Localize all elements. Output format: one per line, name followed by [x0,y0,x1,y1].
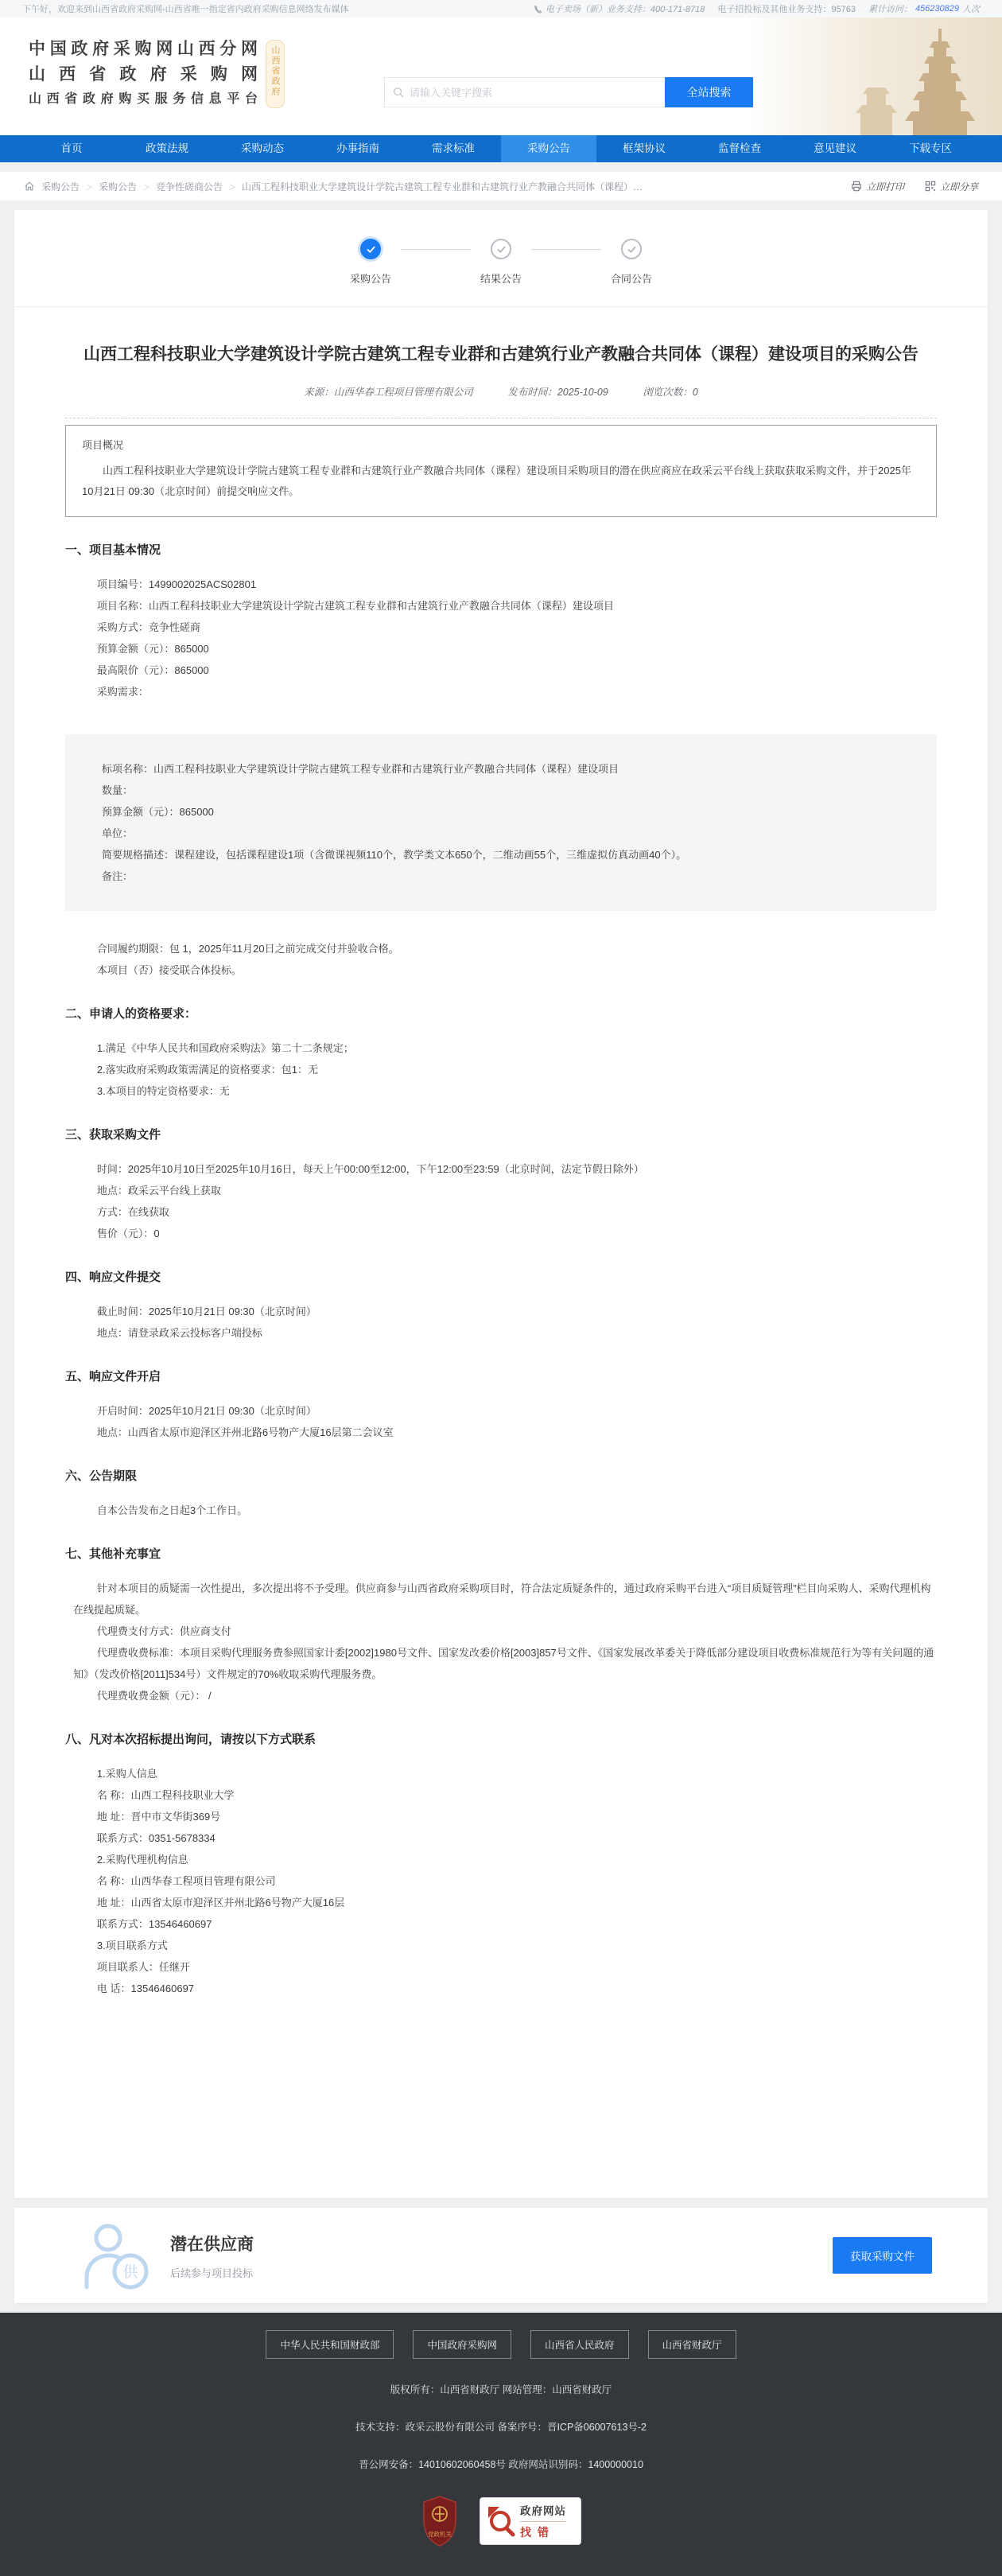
step-result-announcement[interactable]: 结果公告 [476,239,526,286]
nav-item[interactable]: 下载专区 [883,135,978,162]
nav-item[interactable]: 意见建议 [787,135,883,162]
divider [14,306,988,307]
visits-unit: 人次 [962,2,980,15]
site-logo[interactable]: 中国政府采购网山西分网 山西省政府采购网 山西省政府购买服务信息平台 山西省政府 [29,37,285,111]
logo-line-1: 中国政府采购网山西分网 [29,37,258,62]
section-line: 最高限价（元）：865000 [65,660,937,681]
section-line: 名 称：山西华春工程项目管理有限公司 [65,1870,937,1892]
check-icon [491,239,511,259]
section-heading: 五、响应文件开启 [65,1368,937,1384]
print-action[interactable]: 立即打印 [851,180,904,193]
section-line: 采购方式：竞争性磋商 [65,617,937,638]
visit-count: 456230829 [915,4,959,14]
article-section: 五、响应文件开启开启时间：2025年10月21日 09:30（北京时间）地点：山… [65,1368,937,1443]
announcement-meta: 来源：山西华春工程项目管理有限公司 发布时间：2025-10-09 浏览次数：0 [14,384,988,399]
nav-item[interactable]: 框架协议 [596,135,692,162]
section-line: 地点：山西省太原市迎泽区并州北路6号物产大厦16层第二会议室 [65,1422,937,1443]
phone-icon [534,5,542,14]
breadcrumb-item[interactable]: 采购公告 [99,181,156,193]
article-sections: 一、项目基本情况项目编号：1499002025ACS02801项目名称：山西工程… [14,541,988,2198]
step-connector [531,249,601,250]
supplier-panel: 供 潜在供应商 后续参与项目投标 获取采购文件 [14,2208,988,2303]
article-section: 四、响应文件提交截止时间：2025年10月21日 09:30（北京时间）地点：请… [65,1268,937,1344]
breadcrumb-item[interactable]: 山西工程科技职业大学建筑设计学院古建筑工程专业群和古建筑行业产教融合共同体（课程… [242,181,643,193]
nav-item[interactable]: 监督检查 [692,135,787,162]
section-heading: 八、凡对本次招标提出询问，请按以下方式联系 [65,1730,937,1747]
footer-link[interactable]: 中国政府采购网 [413,2330,511,2359]
project-overview-box: 项目概况 山西工程科技职业大学建筑设计学院古建筑工程专业群和古建筑行业产教融合共… [65,425,937,517]
page: 下午好，欢迎来到山西省政府采购网-山西省唯一指定省内政府采购信息网络发布媒体 电… [0,0,1002,2576]
section-line: 地点：请登录政采云投标客户端投标 [65,1322,937,1344]
lot-info-box: 标项名称：山西工程科技职业大学建筑设计学院古建筑工程专业群和古建筑行业产教融合共… [65,734,937,911]
step-label: 采购公告 [350,270,391,286]
section-heading: 六、公告期限 [65,1467,937,1484]
breadcrumb-bar: 采购公告采购公告竞争性磋商公告山西工程科技职业大学建筑设计学院古建筑工程专业群和… [0,172,1002,200]
step-contract-announcement[interactable]: 合同公告 [606,239,657,286]
print-label: 立即打印 [866,180,904,193]
step-connector [401,249,471,250]
nav-item[interactable]: 首页 [24,135,119,162]
section-line: 时间：2025年10月10日至2025年10月16日，每天上午00:00至12:… [65,1158,937,1180]
section-line: 截止时间：2025年10月21日 09:30（北京时间） [65,1301,937,1322]
section-heading: 四、响应文件提交 [65,1268,937,1285]
registration-line: 晋公网安备：14010602060458号 政府网站识别码：1400000010 [0,2457,1002,2471]
lot-info-line: 标项名称：山西工程科技职业大学建筑设计学院古建筑工程专业群和古建筑行业产教融合共… [102,758,921,780]
section-heading: 三、获取采购文件 [65,1126,937,1142]
step-label: 合同公告 [611,270,652,286]
overview-text: 山西工程科技职业大学建筑设计学院古建筑工程专业群和古建筑行业产教融合共同体（课程… [82,461,920,502]
section-line: 代理费收费金额（元）： / [65,1685,937,1706]
section-line: 地 址：山西省太原市迎泽区并州北路6号物产大厦16层 [65,1892,937,1913]
section-line: 2.采购代理机构信息 [65,1849,937,1870]
page-actions: 立即打印 立即分享 [851,180,978,193]
step-procurement-announcement[interactable]: 采购公告 [345,239,396,286]
breadcrumb: 采购公告采购公告竞争性磋商公告山西工程科技职业大学建筑设计学院古建筑工程专业群和… [41,180,643,193]
step-label: 结果公告 [480,270,522,286]
supplier-title: 潜在供应商 [170,2232,254,2255]
error-badge-line2: 找错 [520,2521,566,2540]
section-heading: 七、其他补充事宜 [65,1545,937,1562]
footer-links: 中华人民共和国财政部中国政府采购网山西省人民政府山西省财政厅 [0,2330,1002,2359]
section-line: 自本公告发布之日起3个工作日。 [65,1500,937,1521]
section-line: 项目名称：山西工程科技职业大学建筑设计学院古建筑工程专业群和古建筑行业产教融合共… [65,595,937,617]
supplier-text: 潜在供应商 后续参与项目投标 [170,2232,254,2280]
nav-item[interactable]: 办事指南 [310,135,406,162]
section-line: 针对本项目的质疑需一次性提出，多次提出将不予受理。供应商参与山西省政府采购项目时… [65,1578,937,1621]
meta-source: 来源：山西华春工程项目管理有限公司 [304,387,473,398]
logo-line-2: 山西省政府采购网 [29,62,258,88]
section-line: 名 称：山西工程科技职业大学 [65,1784,937,1806]
section-line: 电 话：13546460697 [65,1978,937,1999]
announcement-title: 山西工程科技职业大学建筑设计学院古建筑工程专业群和古建筑行业产教融合共同体（课程… [76,340,926,368]
section-line: 联系方式：0351-5678334 [65,1827,937,1849]
breadcrumb-item[interactable]: 竞争性磋商公告 [156,181,242,193]
section-line: 售价（元）：0 [65,1223,937,1244]
section-line: 项目编号：1499002025ACS02801 [65,574,937,595]
bid-support: 电子招投标及其他业务支持：95763 [717,2,856,15]
lot-info-line: 简要规格描述：课程建设，包括课程建设1项（含微课视频110个，教学类文本650个… [102,844,921,866]
footer-link[interactable]: 山西省财政厅 [648,2330,736,2359]
article-section: 六、公告期限自本公告发布之日起3个工作日。 [65,1467,937,1521]
home-icon [24,181,35,192]
section-line: 联系方式：13546460697 [65,1913,937,1935]
section-line: 3.项目联系方式 [65,1935,937,1956]
website-error-report-badge[interactable]: 政府网站 找错 [480,2497,581,2545]
section-line: 地 址：晋中市文华街369号 [65,1806,937,1827]
welcome-text: 下午好，欢迎来到山西省政府采购网-山西省唯一指定省内政府采购信息网络发布媒体 [22,2,349,15]
section-line: 本项目（否）接受联合体投标。 [65,959,937,981]
section-line: 项目联系人：任继开 [65,1956,937,1978]
province-seal: 山西省政府 [266,40,285,108]
search-icon [393,87,404,98]
section-heading: 一、项目基本情况 [65,541,937,558]
article-section: 七、其他补充事宜针对本项目的质疑需一次性提出，多次提出将不予受理。供应商参与山西… [65,1545,937,1706]
search-button[interactable]: 全站搜索 [665,77,753,107]
nav-item[interactable]: 采购公告 [501,135,596,162]
section-line: 采购需求： [65,681,937,702]
footer: 中华人民共和国财政部中国政府采购网山西省人民政府山西省财政厅 版权所有：山西省财… [0,2313,1002,2576]
section-line: 方式：在线获取 [65,1201,937,1223]
pagoda-image [748,18,1002,135]
error-badge-line1: 政府网站 [520,2502,566,2518]
announcement-card: 采购公告 结果公告 合同公告 山西工程科技职业大学建筑设计学院古建筑工程专业群和… [14,210,988,2198]
check-icon [360,239,381,259]
article-section: 三、获取采购文件时间：2025年10月10日至2025年10月16日，每天上午0… [65,1126,937,1244]
share-action[interactable]: 立即分享 [925,180,978,193]
main-nav: 首页政策法规采购动态办事指南需求标准采购公告框架协议监督检查意见建议下载专区 [0,135,1002,162]
article-section: 一、项目基本情况项目编号：1499002025ACS02801项目名称：山西工程… [65,541,937,981]
nav-item[interactable]: 政策法规 [119,135,215,162]
progress-steps: 采购公告 结果公告 合同公告 [14,210,988,286]
nav-item[interactable]: 需求标准 [406,135,501,162]
overview-title: 项目概况 [82,438,920,453]
lot-info-line: 单位： [102,823,921,844]
section-heading: 二、申请人的资格要求： [65,1005,937,1021]
tech-support-line: 技术支持：政采云股份有限公司 备案序号：晋ICP备06007613号-2 [0,2419,1002,2434]
section-line: 地点：政采云平台线上获取 [65,1180,937,1201]
breadcrumb-item[interactable]: 采购公告 [41,181,99,193]
topbar-info: 电子卖场（新）业务支持：400-171-8718 电子招投标及其他业务支持：95… [534,2,980,15]
site-search: 全站搜索 [384,77,753,107]
section-line: 3.本项目的特定资格要求：无 [65,1080,937,1102]
article-section: 八、凡对本次招标提出询问，请按以下方式联系1.采购人信息名 称：山西工程科技职业… [65,1730,937,1999]
topbar: 下午好，欢迎来到山西省政府采购网-山西省唯一指定省内政府采购信息网络发布媒体 电… [0,0,1002,18]
service-phone-text: 电子卖场（新）业务支持：400-171-8718 [546,2,705,15]
section-line: 1.采购人信息 [65,1763,937,1784]
lot-info-line: 备注： [102,866,921,887]
supplier-subtitle: 后续参与项目投标 [170,2265,254,2280]
meta-views: 浏览次数：0 [643,387,697,398]
footer-link[interactable]: 中华人民共和国财政部 [266,2330,394,2359]
site-header: 中国政府采购网山西分网 山西省政府采购网 山西省政府购买服务信息平台 山西省政府… [0,18,1002,135]
section-line: 1.满足《中华人民共和国政府采购法》第二十二条规定； [65,1037,937,1059]
print-icon [851,181,862,192]
shield-badge-text: 党政机关 [428,2530,452,2538]
magnifier-icon [487,2505,515,2537]
check-icon [621,239,642,259]
lot-info-line: 预算金额（元）：865000 [102,801,921,823]
article-section: 二、申请人的资格要求：1.满足《中华人民共和国政府采购法》第二十二条规定；2.落… [65,1005,937,1102]
visits-label: 累计访问： [868,2,912,15]
share-icon [925,181,936,192]
lot-info-line: 数量： [102,780,921,801]
section-line: 合同履约期限：包 1，2025年11月20日之前完成交付并验收合格。 [65,938,937,959]
logo-line-3: 山西省政府购买服务信息平台 [29,88,258,111]
copyright-line: 版权所有：山西省财政厅 网站管理：山西省财政厅 [0,2382,1002,2396]
visit-counter: 累计访问： 456230829 人次 [868,2,980,15]
nav-item[interactable]: 采购动态 [215,135,310,162]
section-line: 开启时间：2025年10月21日 09:30（北京时间） [65,1400,937,1422]
section-line: 代理费收费标准：本项目采购代理服务费参照国家计委[2002]1980号文件、国家… [65,1642,937,1685]
get-documents-button[interactable]: 获取采购文件 [833,2237,932,2274]
section-line: 代理费支付方式：供应商支付 [65,1621,937,1642]
section-line: 2.落实政府采购政策需满足的资格要求：包1：无 [65,1059,937,1080]
footer-link[interactable]: 山西省人民政府 [530,2330,629,2359]
government-shield-badge[interactable]: 党政机关 [421,2495,459,2547]
supplier-badge-text: 供 [122,2263,138,2281]
meta-publish-date: 发布时间：2025-10-09 [507,387,608,398]
service-phone: 电子卖场（新）业务支持：400-171-8718 [534,2,705,15]
dashed-divider [65,418,937,418]
section-line: 预算金额（元）：865000 [65,638,937,660]
footer-badges: 党政机关 政府网站 找错 [0,2495,1002,2547]
supplier-icon: 供 [76,2217,156,2294]
share-label: 立即分享 [940,180,978,193]
search-input[interactable] [410,87,657,99]
